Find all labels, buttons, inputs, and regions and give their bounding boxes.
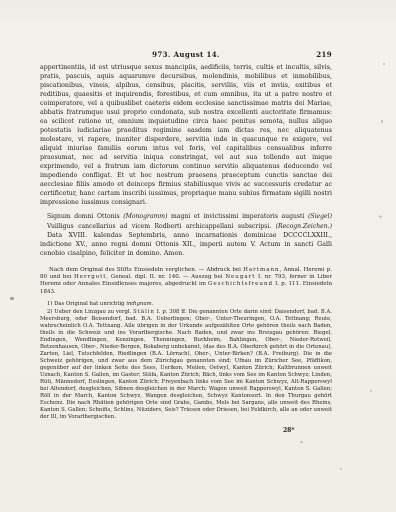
source-text-1: Nach dem Original des Stifts Einsiedeln …	[49, 267, 243, 273]
page-number: 219	[316, 50, 332, 59]
source-note: Nach dem Original des Stifts Einsiedeln …	[40, 267, 332, 296]
author-staelin: Stälin	[133, 309, 155, 315]
footnote-1-latin-term: indignum.	[126, 301, 153, 307]
footnote-2: 2) Ueber den Linzgau zu vergl. Stälin I.…	[40, 309, 332, 421]
footnote-1: 1) Das Original hat unrichtig indignum.	[40, 301, 332, 308]
signature-line-1: Signum domni Ottonis (Monogramm) magni e…	[40, 212, 332, 222]
date-heading: 973. August 14.	[40, 50, 332, 59]
footnote-2-text-1: Ueber den Linzgau zu vergl.	[52, 309, 133, 315]
signature-line-2: Vuilligus cancellarius ad vicem Rodberti…	[40, 222, 332, 232]
scan-speck	[383, 63, 385, 65]
printer-signature-mark: 28*	[40, 427, 332, 434]
author-neugart: Neugart	[225, 274, 255, 280]
scan-speck	[381, 120, 383, 123]
author-herrgott: Herrgott	[74, 274, 107, 280]
monogramm-note: (Monogramm)	[123, 213, 167, 220]
footnote-2-text-2: I. p. 308 ff. Die genannten Orte darin s…	[40, 309, 332, 420]
dating-paragraph: Data XVIII. kalendas Septembris, anno in…	[40, 231, 332, 258]
scan-speck	[300, 441, 303, 443]
author-hartmann: Hartmann	[243, 267, 280, 273]
journal-geschichtsfreund: Geschichtsfreund	[208, 281, 273, 287]
text-column: 973. August 14. 219 appertinentiis, id e…	[40, 50, 332, 434]
scan-cross-mark: +	[378, 214, 383, 221]
page-header: 973. August 14. 219	[40, 50, 332, 60]
siegel-note: (Siegel)	[308, 213, 332, 220]
scan-speck	[10, 297, 14, 300]
body-paragraph: appertinentiis, id est utriusque sexus m…	[40, 63, 332, 207]
signum-text: Signum domni Ottonis	[47, 213, 123, 220]
chancellor-text: Vuilligus cancellarius ad vicem Rodberti…	[47, 223, 276, 230]
scan-speck	[340, 468, 342, 470]
body-text: appertinentiis, id est utriusque sexus m…	[40, 64, 332, 206]
footnotes-section: 1) Das Original hat unrichtig indignum. …	[40, 301, 332, 421]
scan-speck	[370, 390, 372, 392]
scanned-page: 973. August 14. 219 appertinentiis, id e…	[0, 0, 396, 512]
dating-text: Data XVIII. kalendas Septembris, anno in…	[40, 232, 332, 257]
recognition-note: (Recogn.Zeichen.)	[276, 223, 332, 230]
signum-text-2: magni et invictissimi imperatoris august…	[167, 213, 308, 220]
signature-block: Signum domni Ottonis (Monogramm) magni e…	[40, 212, 332, 258]
source-text-3: , Geneal. dipl. II. nr. 140. — Auszug be…	[107, 274, 226, 280]
footnote-1-text: Das Original hat unrichtig	[52, 301, 126, 307]
